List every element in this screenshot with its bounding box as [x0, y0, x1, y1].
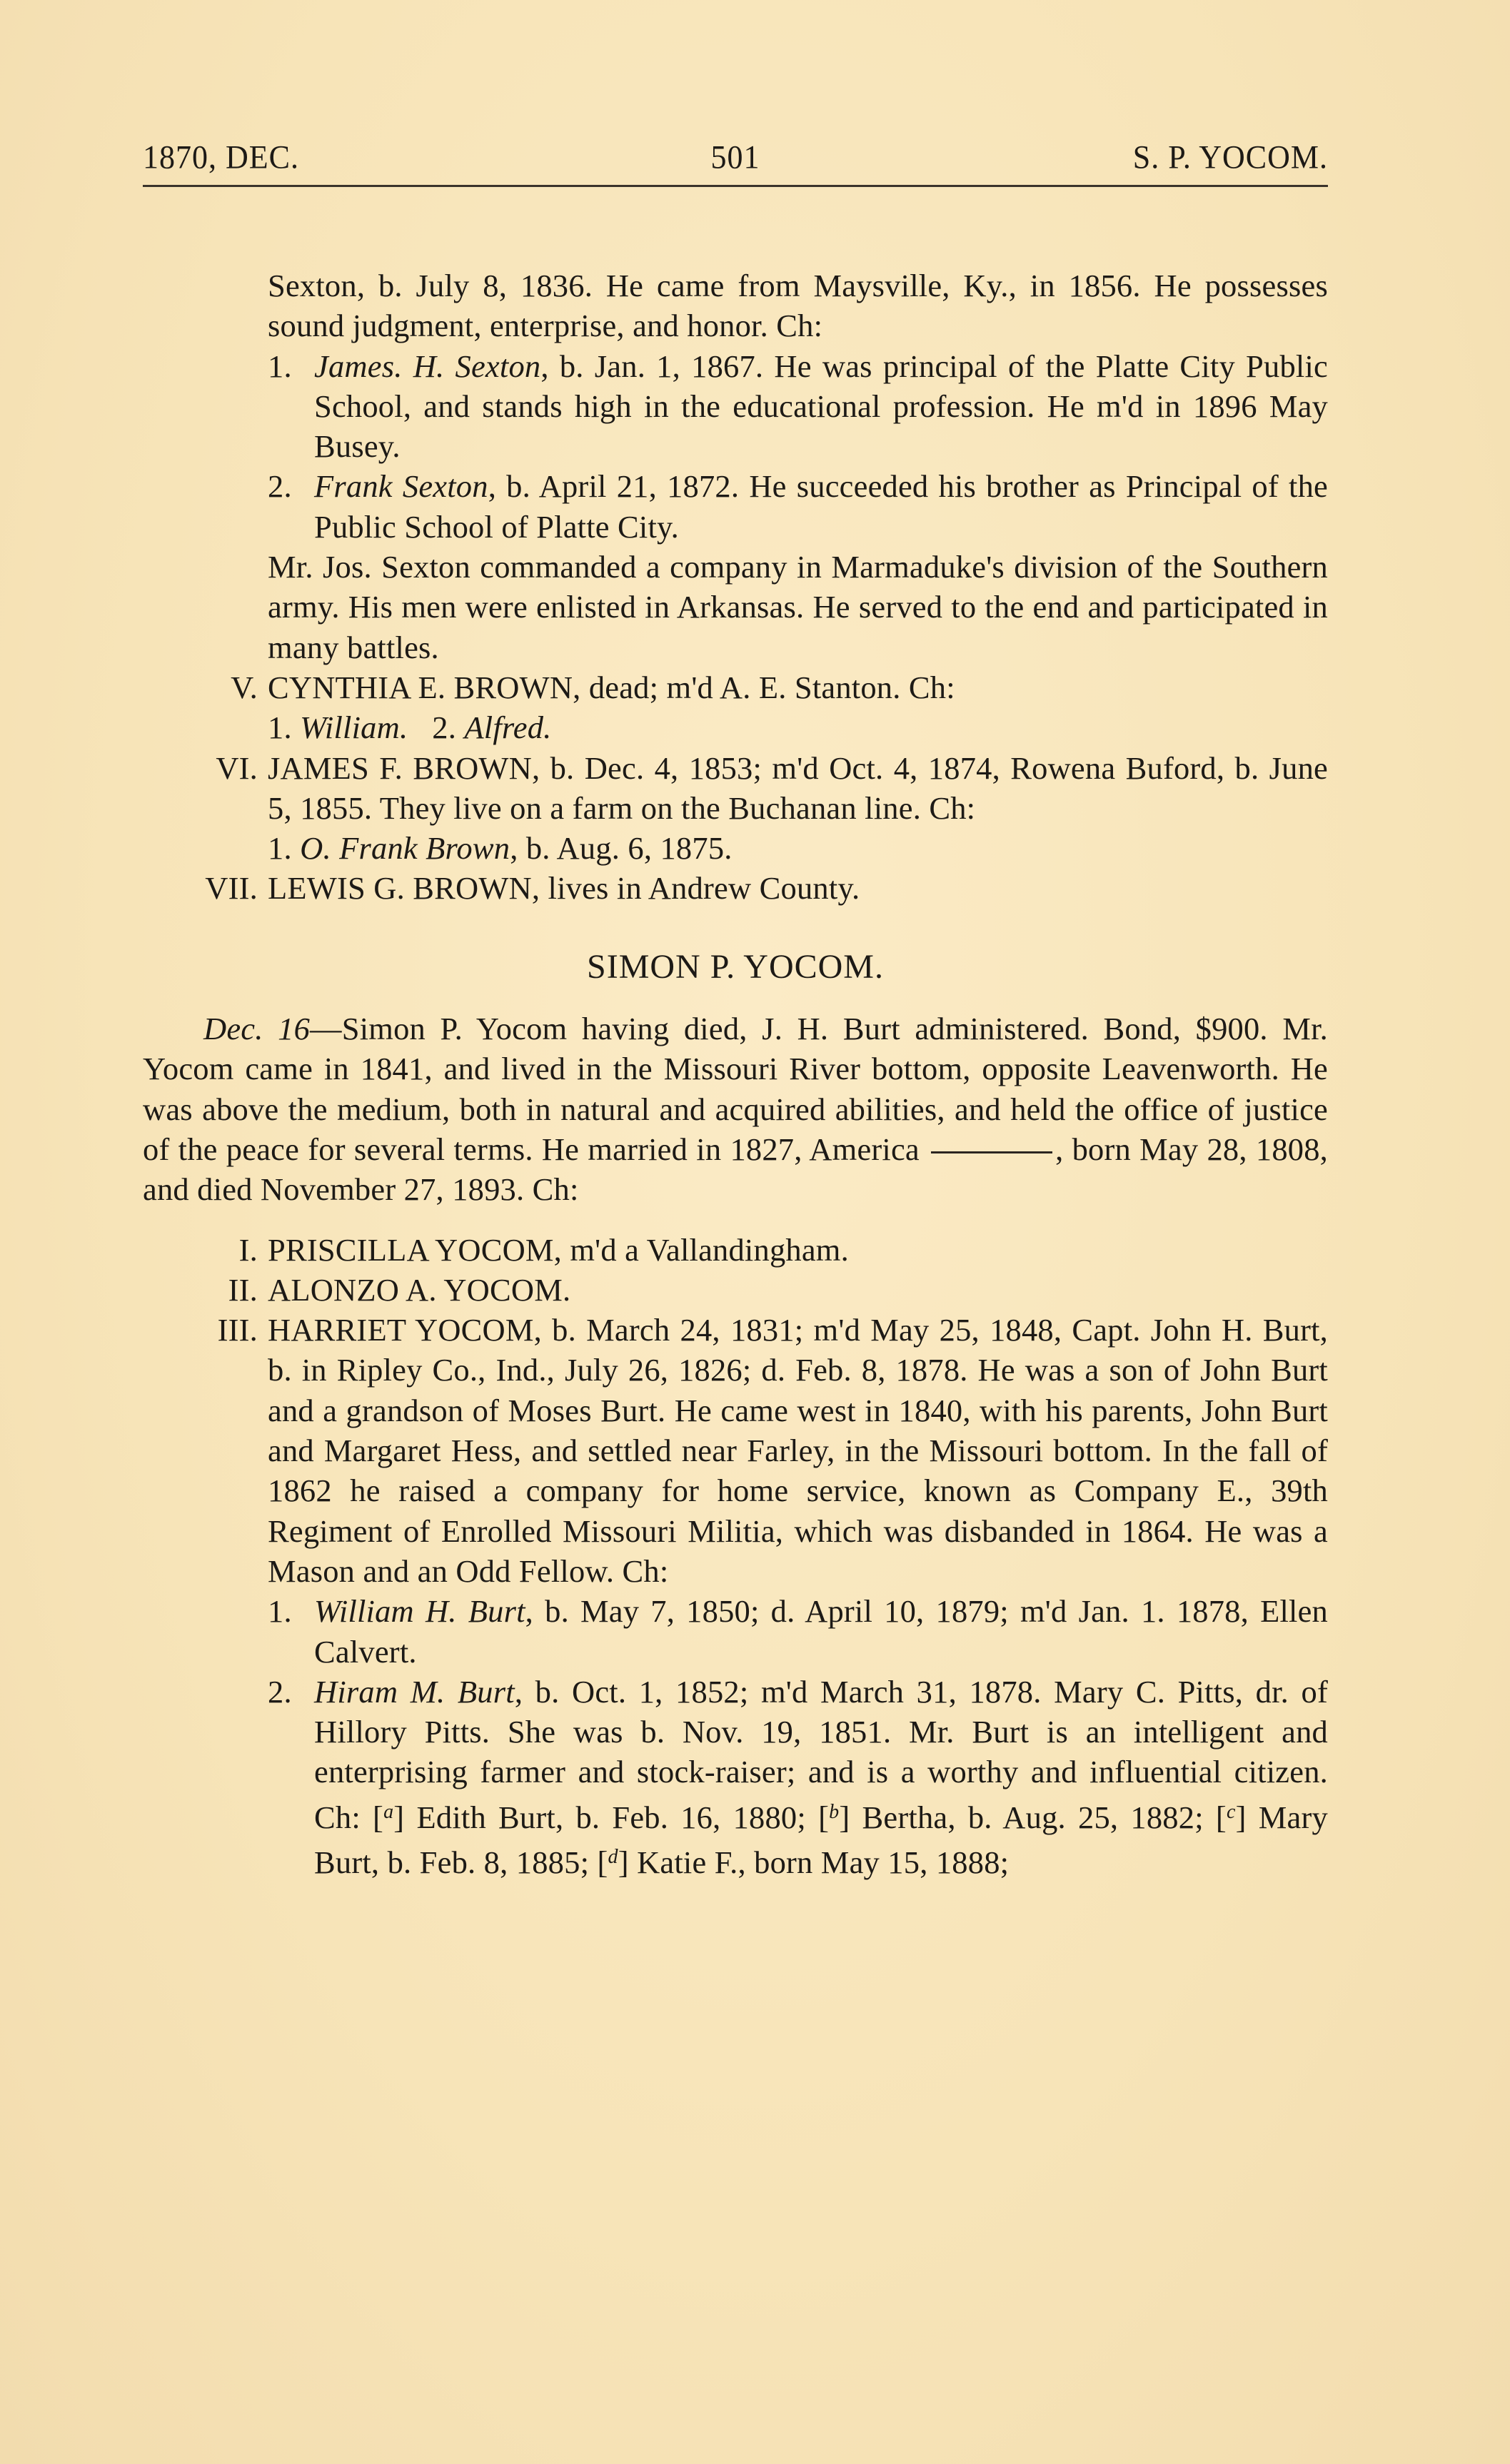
- sexton-intro: Sexton, b. July 8, 1836. He came from Ma…: [143, 266, 1328, 346]
- running-head-right: S. P. YOCOM.: [1133, 138, 1328, 177]
- sexton-children: 1. James. H. Sexton, b. Jan. 1, 1867. He…: [143, 346, 1328, 547]
- entry-text: CYNTHIA E. BROWN, dead; m'd A. E. Stanto…: [268, 667, 1328, 707]
- grandchild-marker: d: [608, 1846, 618, 1868]
- running-head-left: 1870, DEC.: [143, 138, 299, 177]
- generation-entry-i: I. PRISCILLA YOCOM, m'd a Vallandingham.: [143, 1230, 1328, 1270]
- page-body: Sexton, b. July 8, 1836. He came from Ma…: [143, 266, 1328, 1882]
- roman-numeral: II.: [143, 1270, 268, 1310]
- generation-entry-vi: VI. JAMES F. BROWN, b. Dec. 4, 1853; m'd…: [143, 748, 1328, 829]
- sexton-closing: Mr. Jos. Sexton commanded a company in M…: [143, 547, 1328, 667]
- generation-entry-vii: VII. LEWIS G. BROWN, lives in Andrew Cou…: [143, 868, 1328, 908]
- child-name: Alfred.: [464, 710, 551, 745]
- grandchild-marker: a: [383, 1801, 393, 1823]
- entry-text: PRISCILLA YOCOM, m'd a Vallandingham.: [268, 1230, 1328, 1270]
- burt-children: 1. William H. Burt, b. May 7, 1850; d. A…: [143, 1591, 1328, 1882]
- child-number: 2.: [268, 466, 314, 547]
- child-name: O. Frank Brown: [300, 830, 510, 866]
- child-name: William H. Burt: [314, 1593, 525, 1629]
- entry-text: HARRIET YOCOM, b. March 24, 1831; m'd Ma…: [268, 1310, 1328, 1591]
- grandchild-marker: b: [829, 1801, 839, 1823]
- child-number: 1.: [268, 1591, 314, 1672]
- grandchild: Edith Burt, b. Feb. 16, 1880;: [416, 1799, 805, 1835]
- child-name: William.: [300, 710, 408, 745]
- book-page: 1870, DEC. 501 S. P. YOCOM. Sexton, b. J…: [143, 139, 1328, 1882]
- roman-numeral: VII.: [143, 868, 268, 908]
- child-entry: 1. James. H. Sexton, b. Jan. 1, 1867. He…: [268, 346, 1328, 467]
- entry-text: ALONZO A. YOCOM.: [268, 1270, 1328, 1310]
- generation-entry-ii: II. ALONZO A. YOCOM.: [143, 1270, 1328, 1310]
- blank-surname-line: [931, 1151, 1052, 1153]
- children-line: 1. O. Frank Brown, b. Aug. 6, 1875.: [143, 828, 1328, 868]
- entry-text: LEWIS G. BROWN, lives in Andrew County.: [268, 868, 1328, 908]
- section-heading: SIMON P. YOCOM.: [143, 947, 1328, 987]
- grandchild-marker: c: [1227, 1801, 1236, 1823]
- header-rule: [143, 185, 1328, 187]
- children-line: 1. William. 2. Alfred.: [143, 707, 1328, 747]
- child-entry: 2. Hiram M. Burt, b. Oct. 1, 1852; m'd M…: [268, 1672, 1328, 1882]
- child-name: James. H. Sexton: [314, 348, 540, 384]
- roman-numeral: VI.: [143, 748, 268, 829]
- generation-entry-iii: III. HARRIET YOCOM, b. March 24, 1831; m…: [143, 1310, 1328, 1591]
- grandchild: Bertha, b. Aug. 25, 1882;: [862, 1799, 1204, 1835]
- entry-date: Dec. 16: [203, 1011, 310, 1046]
- grandchild: Katie F., born May 15, 1888;: [637, 1844, 1009, 1880]
- running-head: 1870, DEC. 501 S. P. YOCOM.: [143, 138, 1328, 182]
- roman-numeral: V.: [143, 667, 268, 707]
- child-number: 1.: [268, 346, 314, 467]
- child-name: Frank Sexton: [314, 468, 488, 504]
- child-entry: 1. William H. Burt, b. May 7, 1850; d. A…: [268, 1591, 1328, 1672]
- child-number: 2.: [268, 1672, 314, 1882]
- yocom-intro: Dec. 16—Simon P. Yocom having died, J. H…: [143, 1009, 1328, 1209]
- child-name: Hiram M. Burt: [314, 1674, 515, 1710]
- roman-numeral: I.: [143, 1230, 268, 1270]
- entry-text: JAMES F. BROWN, b. Dec. 4, 1853; m'd Oct…: [268, 748, 1328, 829]
- roman-numeral: III.: [143, 1310, 268, 1591]
- child-entry: 2. Frank Sexton, b. April 21, 1872. He s…: [268, 466, 1328, 547]
- generation-entry-v: V. CYNTHIA E. BROWN, dead; m'd A. E. Sta…: [143, 667, 1328, 707]
